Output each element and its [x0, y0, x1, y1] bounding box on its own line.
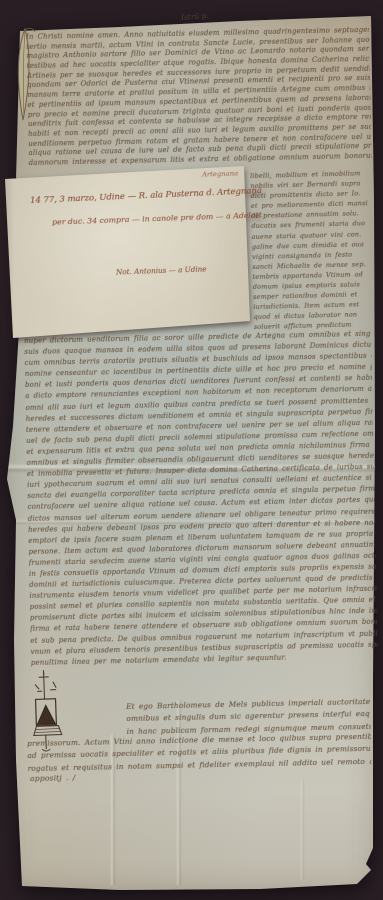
subscription-full-block: premissorum. Actum Vtini anno indictione… — [27, 731, 372, 775]
archival-slip: Artegnana 14 77, 3 marzo, Udine — R. ala… — [4, 165, 254, 341]
subscription-tail: appositj . / — [30, 771, 120, 785]
manuscript-photo: Istrū p. In Christi nomine amen. Anno na… — [0, 0, 383, 900]
main-text-block: nuper dictorum uenditorum filia ac soror… — [24, 329, 378, 669]
upper-text-block: In Christi nomine amen. Anno natiuitatis… — [26, 26, 372, 169]
vertical-wrinkle — [300, 780, 305, 880]
slip-corner-word: Artegnana — [202, 169, 238, 178]
manuscript-line: appositj . / — [30, 771, 120, 785]
right-column-text-block: libelli, mobilium et inmobiliumnobilis v… — [250, 168, 373, 332]
